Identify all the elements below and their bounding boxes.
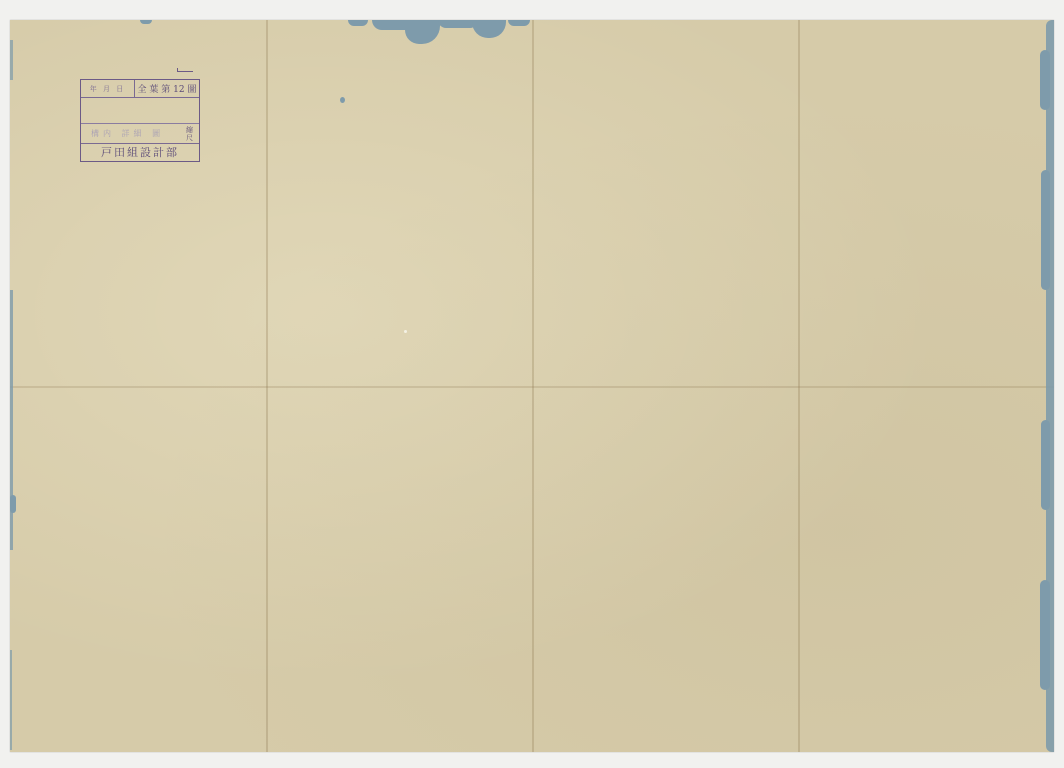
water-stain [472, 20, 506, 38]
stamp-sheet-number: 全 葉 第 12 圖 [135, 82, 199, 95]
stamp-row-header: 年 月 日 全 葉 第 12 圖 [81, 80, 199, 98]
title-block-stamp: 年 月 日 全 葉 第 12 圖 構内 詳細 圖 縮尺 戸田組設計部 [80, 79, 200, 162]
stamp-drawing-title: 構内 詳細 圖 [81, 128, 184, 139]
water-stain [1041, 170, 1050, 290]
fold-line-horizontal [10, 386, 1054, 388]
stamp-company: 戸田組設計部 [81, 144, 199, 161]
pencil-mark [177, 71, 193, 72]
stamp-row-drawing-type: 構内 詳細 圖 縮尺 [81, 124, 199, 144]
water-stain-left-edge [10, 650, 12, 750]
stamp-date-field: 年 月 日 [81, 80, 135, 97]
water-stain [1040, 50, 1050, 110]
stamp-scale-label: 縮尺 [186, 126, 196, 142]
water-stain [140, 20, 152, 24]
water-stain [10, 495, 16, 513]
water-stain [1040, 580, 1050, 690]
water-stain [508, 20, 530, 26]
water-stain-left-edge [10, 40, 13, 80]
water-stain [340, 97, 345, 103]
stamp-row-blank [81, 98, 199, 124]
water-stain [348, 20, 368, 26]
water-stain [1041, 420, 1050, 510]
paper-speck [404, 330, 407, 333]
water-stain [405, 20, 440, 44]
document-sheet: 年 月 日 全 葉 第 12 圖 構内 詳細 圖 縮尺 戸田組設計部 [10, 20, 1054, 752]
